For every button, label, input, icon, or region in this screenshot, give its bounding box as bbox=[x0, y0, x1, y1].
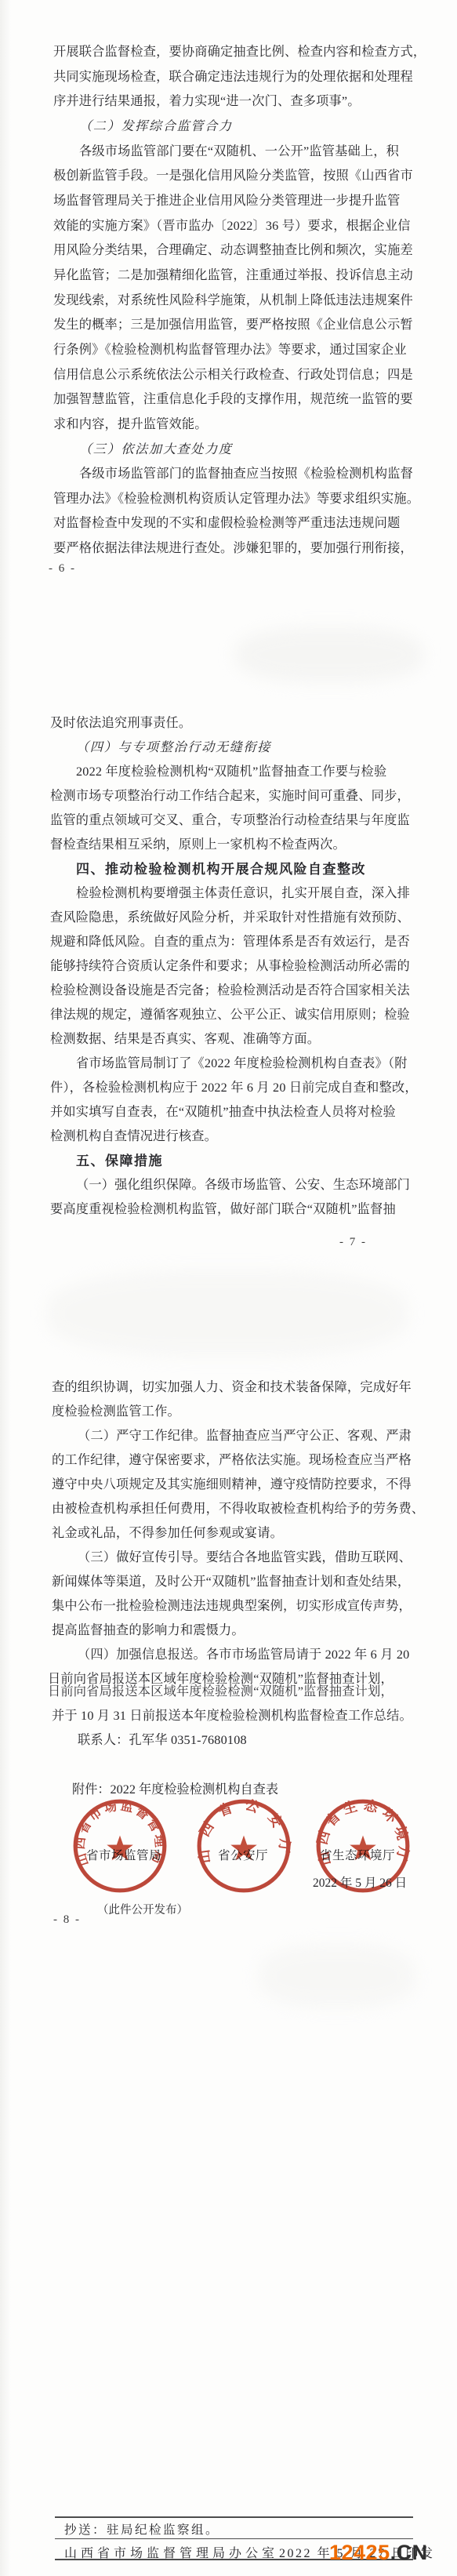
text-line: 度检验检测监管工作。 bbox=[52, 1400, 424, 1424]
contact-line: 联系人：孔军华 0351-7680108 bbox=[52, 1728, 424, 1753]
text-line: 并于 10 月 31 日前报送本年度检验检测机构监督检查工作总结。 bbox=[52, 1704, 424, 1728]
text-line: 查的组织协调，切实加强人力、资金和技术装备保障，完成好年 bbox=[52, 1375, 424, 1400]
text-line: 能够持续符合资质认定条件和要求；从事检验检测活动所必需的 bbox=[50, 954, 418, 979]
star-icon bbox=[107, 1836, 132, 1861]
section-heading: （三）依法加大查处力度 bbox=[53, 438, 426, 463]
text-line: 效能的实施方案》（晋市监办〔2022〕36 号）要求，根据企业信 bbox=[53, 214, 426, 239]
text-line: 2022 年度检验检测机构“双随机”监督抽查工作要与检验 bbox=[50, 760, 418, 784]
text-line: 对监督检查中发现的不实和虚假检验检测等严重违法违规问题 bbox=[53, 511, 426, 536]
text-line-ghost-print: 日前向省局报送本区域年度检验检测“双随机”监督抽查计划， bbox=[48, 1680, 424, 1704]
text-line: 由被检查机构承担任何费用，不得收取被检查机构给予的劳务费、 bbox=[52, 1497, 424, 1521]
seal-text: 山西省生态环境厅 bbox=[314, 1797, 412, 1867]
text-line: 共同实施现场检查，联合确定违法违规行为的处理依据和处理程 bbox=[53, 65, 426, 90]
text-line: 集中公布一批检验检测违法违规典型案例，切实形成宣传声势， bbox=[52, 1594, 424, 1619]
watermark-domain-suffix: .CN bbox=[390, 2541, 428, 2564]
text-line: 检测数据、结果是否真实、客观、准确等方面。 bbox=[50, 1027, 418, 1052]
text-line: 检测机构自查情况进行核查。 bbox=[50, 1125, 418, 1149]
seal-text: 山西省市场监督管理局 bbox=[73, 1798, 167, 1868]
text-line: 检验检测设备设施是否完备；检验检测活动是否符合国家相关法 bbox=[50, 979, 418, 1003]
text-line: 提高监督抽查的影响力和震慑力。 bbox=[52, 1619, 424, 1643]
text-line: 检验检测机构要增强主体责任意识，扎实开展自查，深入排 bbox=[50, 881, 418, 906]
text-line: 各级市场监管部门要在“双随机、一公开”监管基础上，积 bbox=[53, 140, 426, 165]
cc-line: 抄送：驻局纪检监察组。 bbox=[64, 2520, 219, 2538]
text-line: 查风险隐患，系统做好风险分析，并采取针对性措施有效预防、 bbox=[50, 906, 418, 930]
text-line: （三）做好宣传引导。要结合各地监管实践，借助互联网、 bbox=[52, 1546, 424, 1570]
text-line: 并如实填写自查表，在“双随机”抽查中执法检查人员将对检验 bbox=[50, 1100, 418, 1125]
text-line: 礼金或礼品，不得参加任何参观或宴请。 bbox=[52, 1521, 424, 1546]
text-line: 异化监管；二是加强精细化监管，注重通过举报、投诉信息主动 bbox=[53, 263, 426, 289]
page-number-6: - 6 - bbox=[49, 562, 76, 576]
scan-blotch bbox=[47, 1270, 408, 1357]
scan-edge-shade bbox=[0, 0, 11, 2576]
text-line: （二）严守工作纪律。监督抽查应当严守公正、客观、严肃 bbox=[52, 1424, 424, 1448]
text-line: 要高度重视检验检测机构监管，做好部门联合“双随机”监督抽 bbox=[50, 1197, 418, 1222]
page7-text-block: 及时依法追究刑事责任。 （四）与专项整治行动无缝衔接 2022 年度检验检测机构… bbox=[50, 711, 418, 1222]
text-line: 发生的概率；三是加强信用监管，要严格按照《企业信息公示暂 bbox=[53, 313, 426, 338]
star-icon bbox=[230, 1836, 256, 1861]
watermark-number: 12425 bbox=[329, 2541, 390, 2564]
scan-blotch bbox=[235, 627, 423, 682]
text-line: 律法规的规定，遵循客观独立、公平公正、诚实信用原则；检验 bbox=[50, 1003, 418, 1027]
text-line: 省市场监管局制订了《2022 年度检验检测机构自查表》（附 bbox=[50, 1052, 418, 1076]
page6-text-block: 开展联合监督检查，要协商确定抽查比例、检查内容和检查方式， 共同实施现场检查，联… bbox=[53, 40, 426, 561]
text-line: （四）加强信息报送。各市市场监管局请于 2022 年 6 月 20 bbox=[52, 1643, 424, 1667]
text-line: 检测市场专项整治行动工作结合起来，实施时间可重叠、同步， bbox=[50, 784, 418, 808]
text-line: 管理办法》《检验检测机构资质认定管理办法》等要求组织实施。 bbox=[53, 487, 426, 512]
footer-rule-middle bbox=[55, 2538, 413, 2539]
text-line: 新闻媒体等渠道，及时公开“双随机”监督抽查计划和查处结果， bbox=[52, 1570, 424, 1594]
text-line: 场监督管理局关于推进企业信用风险分类管理进一步提升监管 bbox=[53, 189, 426, 214]
text-line: 督检查结果相互采纳，原则上一家机构不检查两次。 bbox=[50, 833, 418, 857]
page-number-7: - 7 - bbox=[339, 1236, 367, 1249]
text-line: 及时依法追究刑事责任。 bbox=[50, 711, 418, 736]
attachment-line: 附件：2022 年度检验检测机构自查表 bbox=[72, 1778, 278, 1797]
text-line: 规避和降低风险。自查的重点为：管理体系是否有效运行，是否 bbox=[50, 930, 418, 954]
section-heading: （四）与专项整治行动无缝衔接 bbox=[50, 736, 418, 760]
text-line: 用风险分类结果，合理确定、动态调整抽查比例和频次，实施差 bbox=[53, 238, 426, 263]
text-line: 的工作纪律，遵守保密要求，严格依法实施。现场检查应当严格 bbox=[52, 1448, 424, 1473]
text-line: （一）强化组织保障。各级市场监管、公安、生态环境部门 bbox=[50, 1173, 418, 1197]
text-line: 要严格依据法律法规进行查处。涉嫌犯罪的，要加强行刑衔接， bbox=[53, 536, 426, 561]
chapter-heading: 五、保障措施 bbox=[50, 1149, 418, 1173]
text-line: 遵守中央八项规定及其实施细则精神，遵守疫情防控要求，不得 bbox=[52, 1473, 424, 1497]
text-line: 监管的重点领域可交叉、重合，专项整治行动检查结果与年度监 bbox=[50, 808, 418, 833]
text-line: 各级市场监管部门的监督抽查应当按照《检验检测机构监督 bbox=[53, 462, 426, 487]
section-heading: （二）发挥综合监管合力 bbox=[53, 114, 426, 140]
scan-blotch bbox=[259, 1945, 415, 2007]
text-line: 发现线索，对系统性风险科学施策，从机制上降低违法违规案件 bbox=[53, 289, 426, 314]
text-line: 信用信息公示系统依法公示相关行政检查、行政处罚信息；四是 bbox=[53, 363, 426, 388]
official-seal-public-security: 山西省公安厅 bbox=[195, 1797, 292, 1895]
official-seal-market-regulation: 山西省市场监督管理局 bbox=[71, 1797, 169, 1895]
text-line: 加强智慧监管，注重信息化手段的支撑作用，规范统一监管的要 bbox=[53, 387, 426, 412]
public-release-note: （此件公开发布） bbox=[97, 1901, 188, 1917]
page8-text-block: 查的组织协调，切实加强人力、资金和技术装备保障，完成好年 度检验检测监管工作。 … bbox=[52, 1375, 424, 1753]
page-number-8: - 8 - bbox=[53, 1913, 81, 1927]
scanned-document-sheet: 开展联合监督检查，要协商确定抽查比例、检查内容和检查方式， 共同实施现场检查，联… bbox=[0, 0, 457, 2576]
issue-date: 2022 年 5 月 26 日 bbox=[313, 1873, 407, 1891]
text-line: 求和内容，提升监管效能。 bbox=[53, 412, 426, 438]
text-line: 行条例》《检验检测机构监督管理办法》等要求，通过国家企业 bbox=[53, 338, 426, 363]
watermark: 12425.CN bbox=[329, 2541, 428, 2565]
footer-rule-top bbox=[55, 2516, 413, 2518]
text-line: 开展联合监督检查，要协商确定抽查比例、检查内容和检查方式， bbox=[53, 40, 426, 65]
chapter-heading: 四、推动检验检测机构开展合规风险自查整改 bbox=[50, 857, 418, 881]
text-line: 序并进行结果通报，着力实现“进一次门、查多项事”。 bbox=[53, 89, 426, 114]
text-line: 件），各检验检测机构应于 2022 年 6 月 20 日前完成自查和整改， bbox=[50, 1076, 418, 1100]
star-icon bbox=[350, 1836, 375, 1861]
text-line: 极创新监管手段。一是强化信用风险分类监管，按照《山西省市 bbox=[53, 164, 426, 189]
